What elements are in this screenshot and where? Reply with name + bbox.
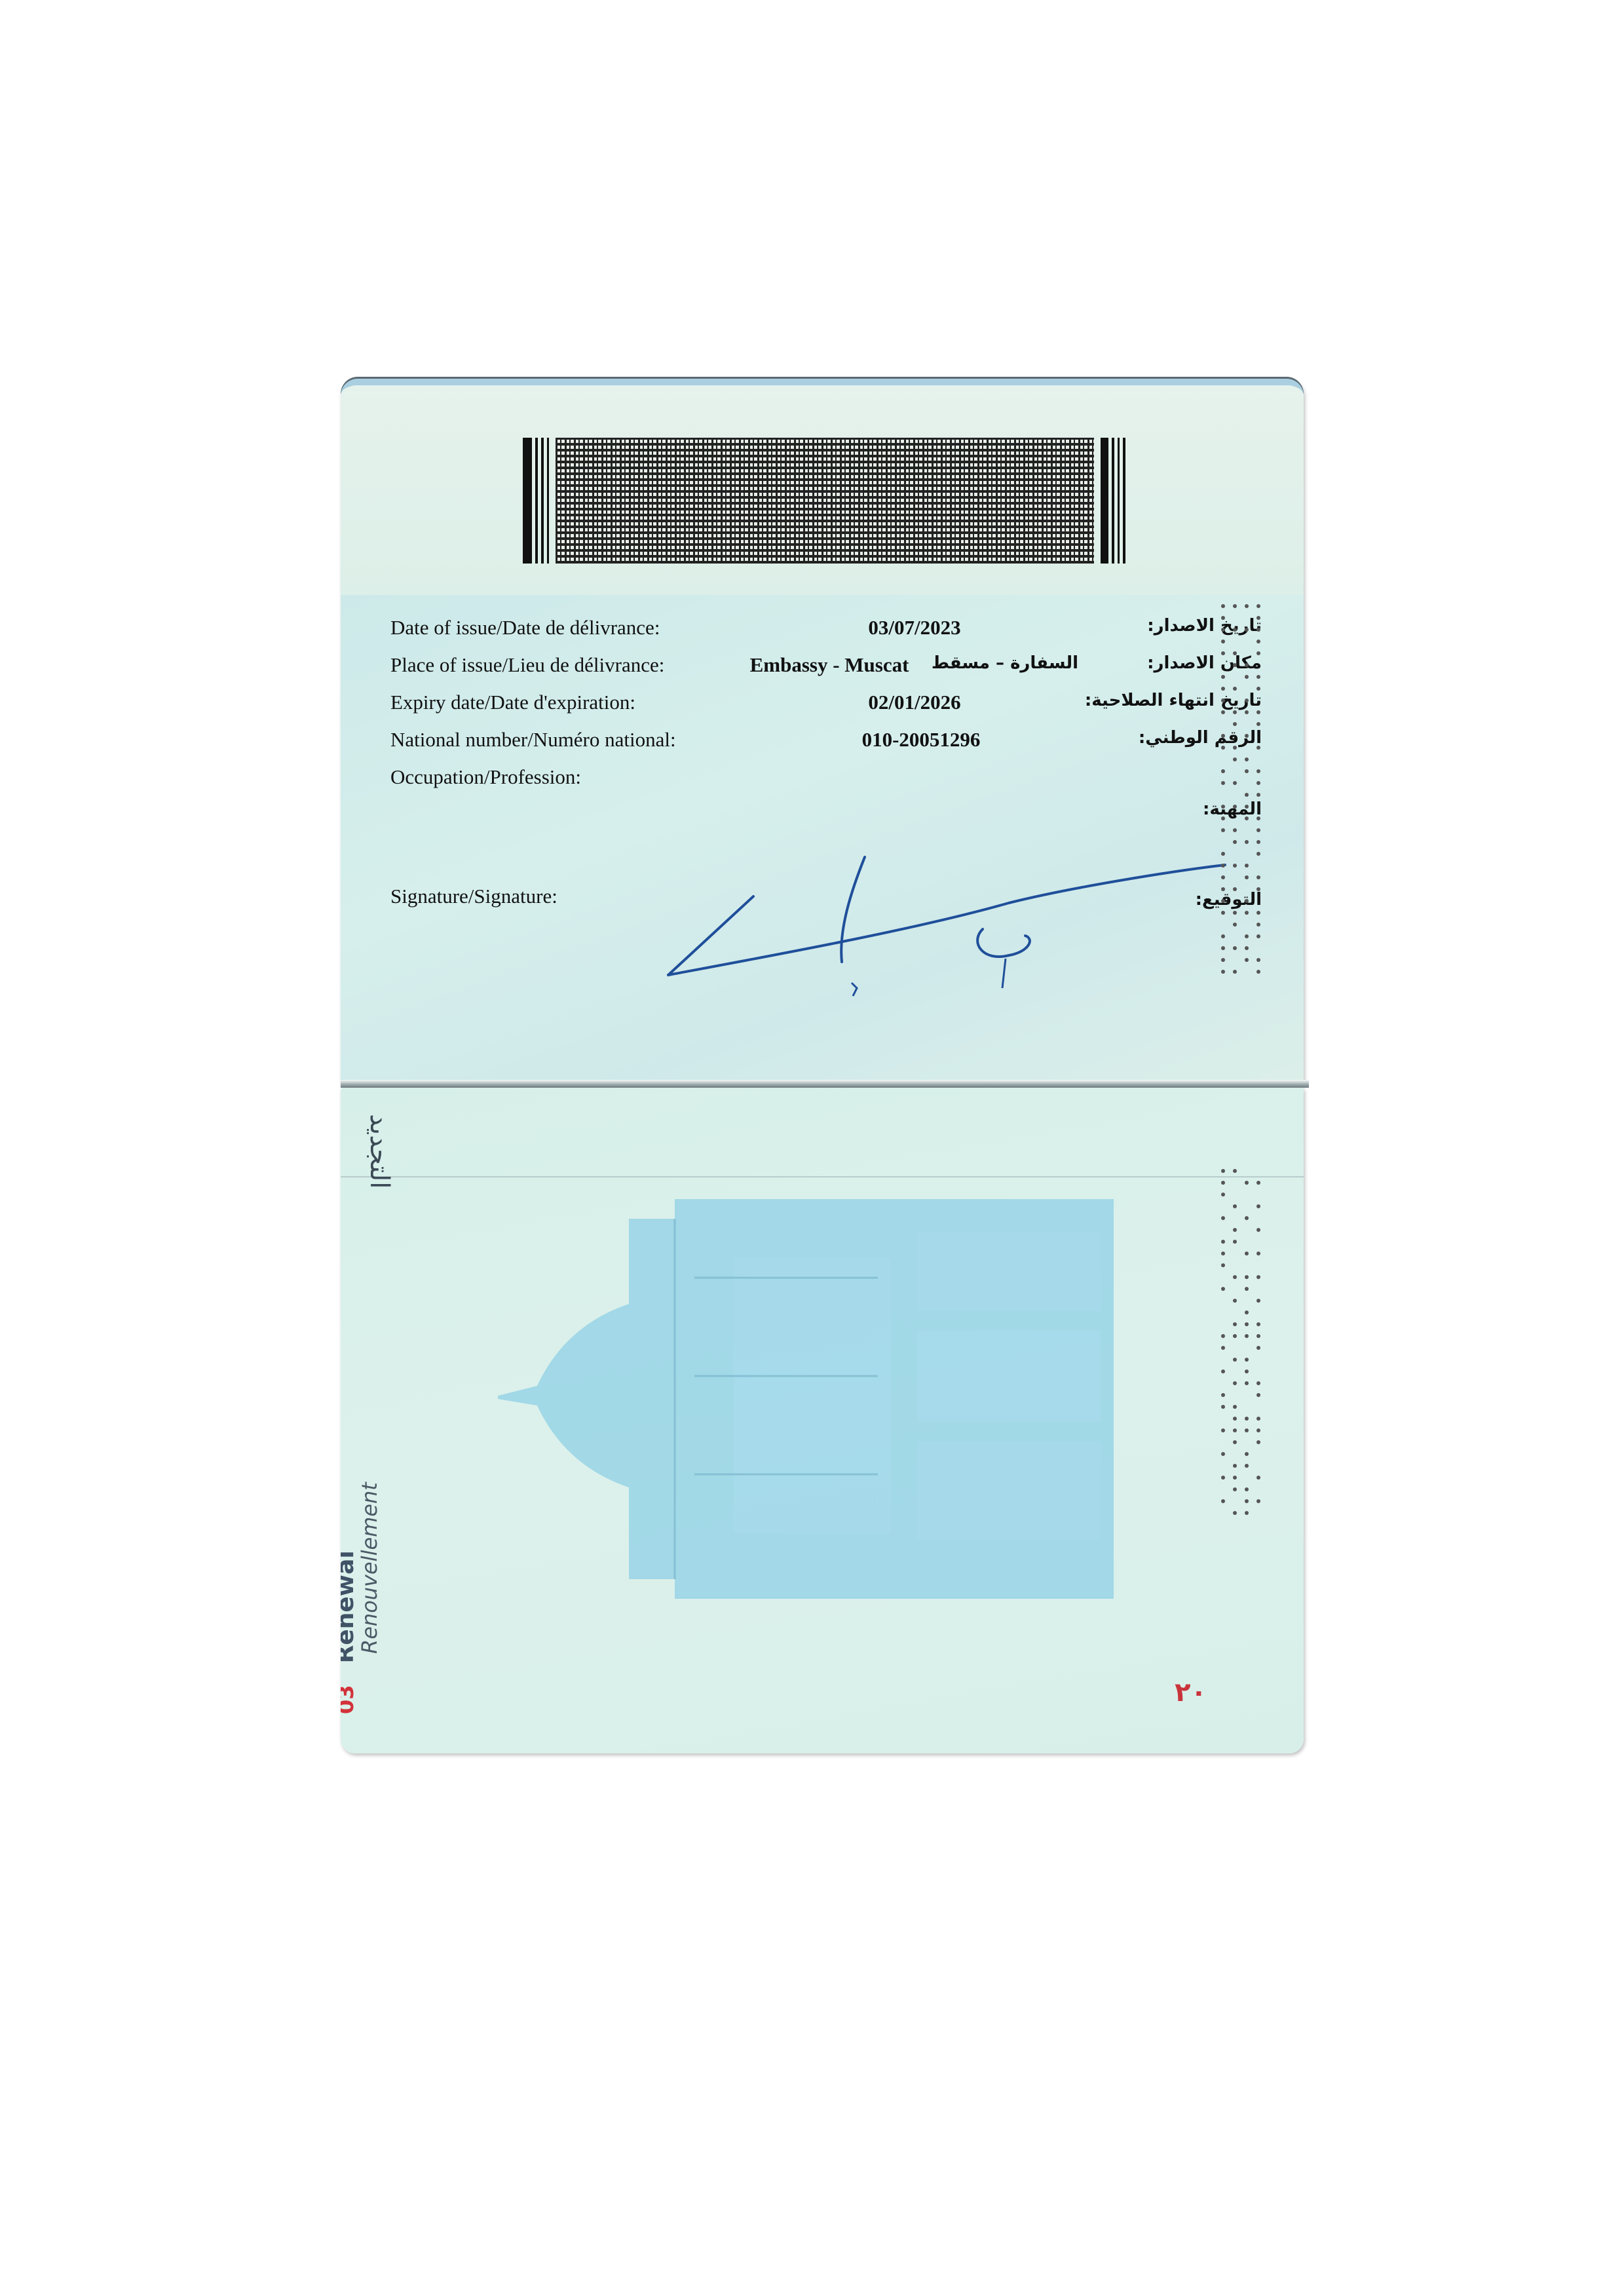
field-label: Expiry date/Date d'expiration:: [390, 691, 635, 714]
field-value: Embassy - Muscat: [731, 653, 928, 677]
field-date-of-issue: Date of issue/Date de délivrance: 03/07/…: [390, 616, 1242, 642]
perforation-number: [1218, 1166, 1263, 1518]
section-number: 03: [341, 1685, 358, 1714]
field-label: National number/Numéro national:: [390, 728, 676, 752]
barcode-end-guard: [1101, 438, 1125, 564]
field-occupation-ar: المهنة:: [390, 799, 1242, 826]
field-place-of-issue: Place of issue/Lieu de délivrance: Embas…: [390, 653, 1242, 679]
perforation-number: [1218, 602, 1263, 976]
field-expiry-date: Expiry date/Date d'expiration: 02/01/202…: [390, 691, 1242, 717]
field-label: Occupation/Profession:: [390, 765, 581, 789]
field-label: Date of issue/Date de délivrance:: [390, 616, 660, 640]
field-label: Place of issue/Lieu de délivrance:: [390, 653, 664, 677]
field-occupation: Occupation/Profession:: [390, 765, 1242, 792]
barcode-body: [556, 438, 1094, 564]
renewal-section-label: 03 Renewal Renouvellement: [341, 1550, 359, 1714]
field-national-number: National number/Numéro national: 010-200…: [390, 728, 1242, 754]
field-value: 02/01/2026: [816, 691, 1013, 714]
handwritten-signature: [642, 831, 1232, 1014]
renewal-page: التجديد: [341, 1088, 1304, 1753]
passport-booklet: Date of issue/Date de délivrance: 03/07/…: [341, 379, 1304, 1753]
booklet-spine-fold: [341, 1080, 1309, 1088]
section-title-fr: Renouvellement: [357, 1482, 382, 1654]
section-title-en: Renewal: [341, 1550, 359, 1663]
divider-line: [341, 1176, 1304, 1177]
barcode-start-guard: [523, 438, 549, 564]
field-value: 010-20051296: [823, 728, 1019, 752]
page-number-ar: ٢٠: [1175, 1677, 1207, 1708]
field-value: 03/07/2023: [816, 616, 1013, 640]
building-watermark: [459, 1179, 1179, 1625]
pdf417-barcode: [523, 438, 1125, 564]
renewal-heading-ar: التجديد: [364, 1114, 394, 1189]
data-page: Date of issue/Date de délivrance: 03/07/…: [341, 379, 1304, 1086]
field-label: Signature/Signature:: [390, 885, 557, 908]
field-value-ar: السفارة – مسقط: [932, 653, 1078, 673]
